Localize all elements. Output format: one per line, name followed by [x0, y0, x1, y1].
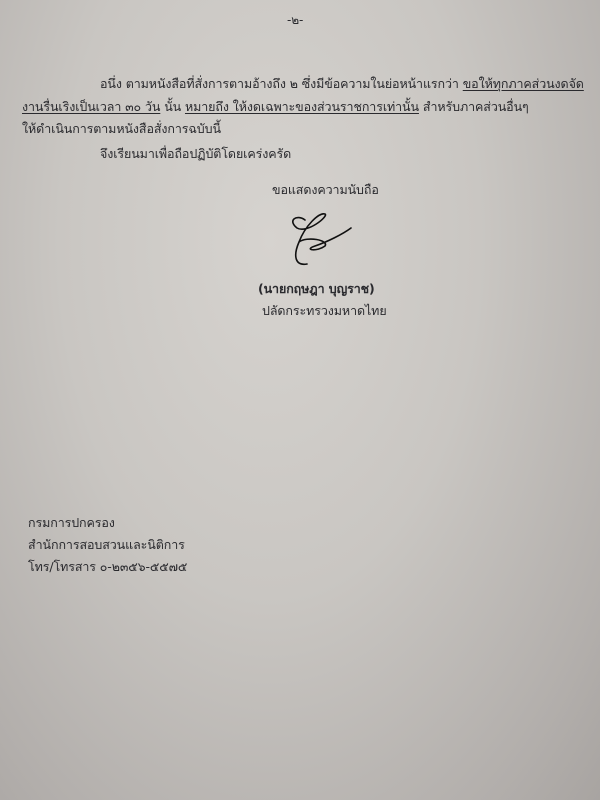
paragraph-line-3: ให้ดำเนินการตามหนังสือสั่งการฉบับนี้: [22, 121, 221, 137]
signature-image: [285, 212, 365, 270]
signer-name: (นายกฤษฎา บุญราช): [258, 281, 375, 297]
paragraph-text: นั้น: [160, 99, 185, 114]
closing-request: จึงเรียนมาเพื่อถือปฏิบัติโดยเคร่งครัด: [100, 146, 291, 162]
page-number: -๒-: [287, 12, 303, 28]
underlined-text: งานรื่นเริงเป็นเวลา ๓๐ วัน: [22, 99, 160, 114]
footer-phone: โทร/โทรสาร ๐-๒๓๕๖-๕๕๗๕: [28, 559, 187, 575]
paragraph-text: อนึ่ง ตามหนังสือที่สั่งการตามอ้างถึง ๒ ซ…: [100, 76, 463, 91]
paragraph-line-2: งานรื่นเริงเป็นเวลา ๓๐ วัน นั้น หมายถึง …: [22, 99, 529, 115]
underlined-text: ขอให้ทุกภาคส่วนงดจัด: [463, 76, 584, 91]
footer-office: สำนักการสอบสวนและนิติการ: [28, 537, 185, 553]
salutation: ขอแสดงความนับถือ: [272, 182, 379, 198]
underlined-text: หมายถึง ให้งดเฉพาะของส่วนราชการเท่านั้น: [185, 99, 419, 114]
paragraph-text: สำหรับภาคส่วนอื่นๆ: [419, 99, 529, 114]
document-page: -๒- อนึ่ง ตามหนังสือที่สั่งการตามอ้างถึง…: [0, 0, 600, 800]
signer-title: ปลัดกระทรวงมหาดไทย: [262, 303, 387, 319]
paragraph-line-1: อนึ่ง ตามหนังสือที่สั่งการตามอ้างถึง ๒ ซ…: [100, 76, 584, 92]
footer-department: กรมการปกครอง: [28, 515, 115, 531]
